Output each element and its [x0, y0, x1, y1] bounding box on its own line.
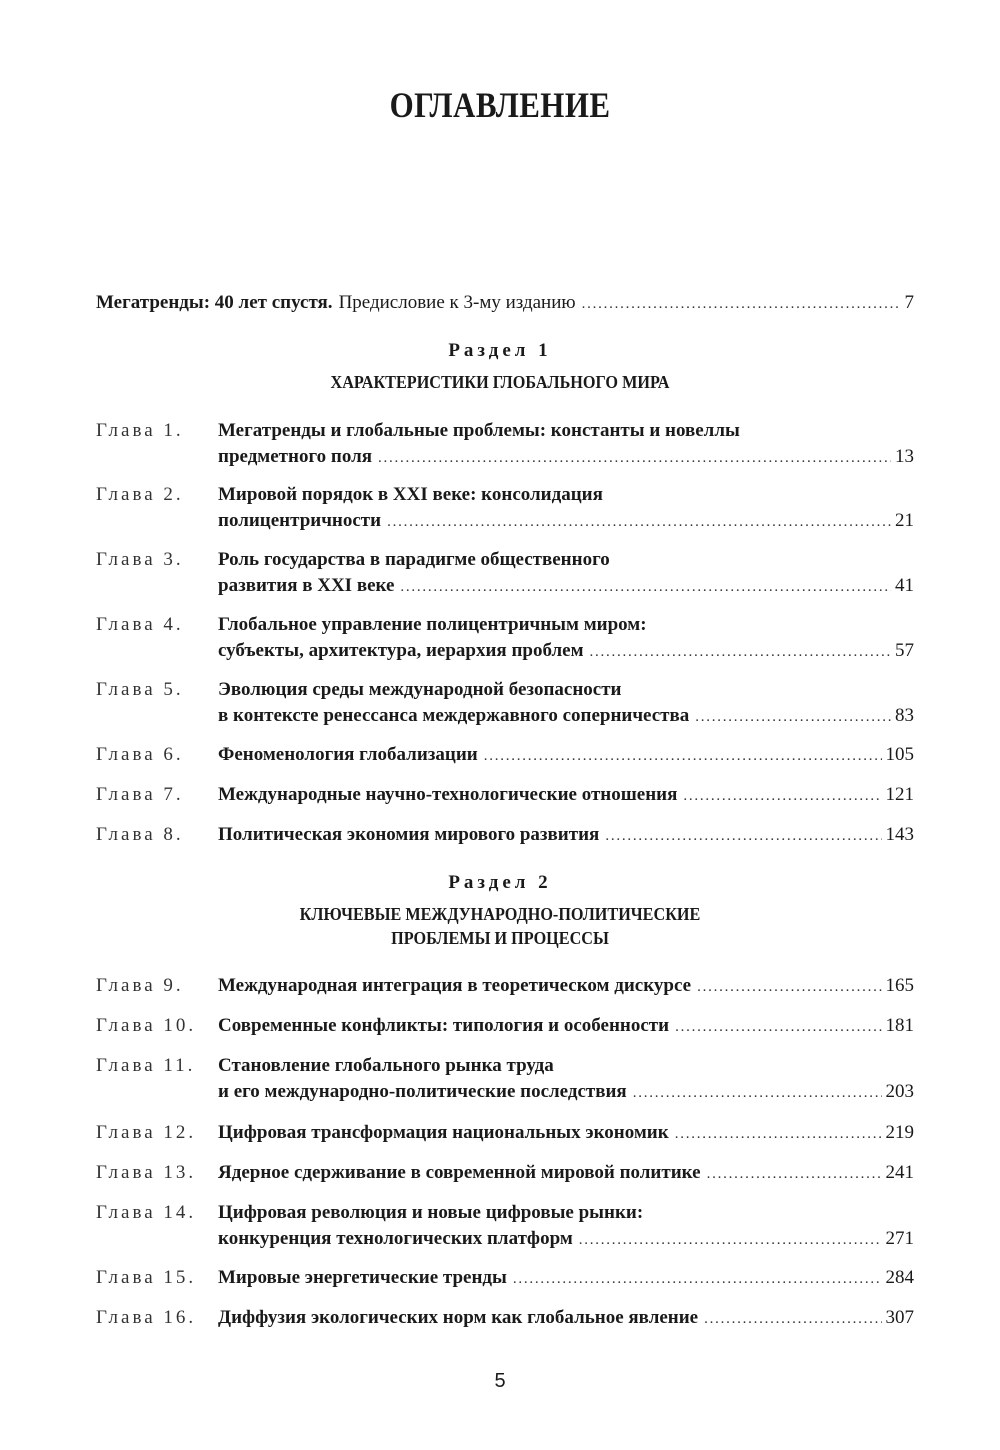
chapter-title-line: Международная интеграция в теоретическом…: [218, 973, 691, 999]
chapter-body: Политическая экономия мирового развития1…: [218, 822, 914, 849]
chapter-title-line: Мировые энергетические тренды: [218, 1265, 507, 1291]
chapter-label: Глава 2.: [96, 482, 184, 508]
leader-dots: [707, 1161, 882, 1187]
chapter-title-line: полицентричности: [218, 508, 381, 534]
leader-dots: [513, 1266, 882, 1292]
chapter-body: Мировые энергетические тренды284: [218, 1265, 914, 1292]
chapter-title-line: Глобальное управление полицентричным мир…: [218, 612, 914, 638]
chapter-title-line: Современные конфликты: типология и особе…: [218, 1013, 669, 1039]
section-2-label: Раздел 2: [0, 872, 1000, 894]
chapter-body: Международная интеграция в теоретическом…: [218, 973, 914, 1000]
chapter-page-number: 83: [895, 703, 914, 729]
chapter-title-line: Ядерное сдерживание в современной мирово…: [218, 1160, 701, 1186]
toc-chapter-entry[interactable]: Глава 13.Ядерное сдерживание в современн…: [96, 1160, 914, 1187]
chapter-title-line: Эволюция среды международной безопасност…: [218, 677, 914, 703]
chapter-last-line: и его международно-политические последст…: [218, 1079, 914, 1106]
chapter-label: Глава 15.: [96, 1265, 196, 1291]
leader-dots: [675, 1121, 882, 1147]
chapter-last-line: Современные конфликты: типология и особе…: [218, 1013, 914, 1040]
chapter-body: Ядерное сдерживание в современной мирово…: [218, 1160, 914, 1187]
chapter-page-number: 203: [886, 1079, 915, 1105]
section-1-heading: Раздел 1 ХАРАКТЕРИСТИКИ ГЛОБАЛЬНОГО МИРА: [0, 340, 1000, 394]
toc-chapter-entry[interactable]: Глава 11.Становление глобального рынка т…: [96, 1053, 914, 1106]
chapter-body: Мегатренды и глобальные проблемы: конста…: [218, 418, 914, 471]
chapter-label: Глава 1.: [96, 418, 184, 444]
chapter-page-number: 241: [886, 1160, 915, 1186]
chapter-page-number: 21: [895, 508, 914, 534]
toc-chapter-entry[interactable]: Глава 16.Диффузия экологических норм как…: [96, 1305, 914, 1332]
leader-dots: [400, 574, 891, 600]
leader-dots: [484, 743, 882, 769]
toc-chapter-entry[interactable]: Глава 15.Мировые энергетические тренды28…: [96, 1265, 914, 1292]
leader-dots: [582, 291, 900, 317]
chapter-body: Международные научно-технологические отн…: [218, 782, 914, 809]
chapter-body: Эволюция среды международной безопасност…: [218, 677, 914, 730]
chapter-title-line: развития в XXI веке: [218, 573, 394, 599]
chapter-title-line: и его международно-политические последст…: [218, 1079, 627, 1105]
chapter-label: Глава 10.: [96, 1013, 196, 1039]
chapter-label: Глава 7.: [96, 782, 184, 808]
chapter-body: Цифровая революция и новые цифровые рынк…: [218, 1200, 914, 1253]
chapter-label: Глава 9.: [96, 973, 184, 999]
section-2-title-line: ПРОБЛЕМЫ И ПРОЦЕССЫ: [50, 926, 950, 950]
leader-dots: [590, 639, 891, 665]
chapter-body: Мировой порядок в XXI веке: консолидация…: [218, 482, 914, 535]
chapter-title-line: Роль государства в парадигме общественно…: [218, 547, 914, 573]
chapter-label: Глава 6.: [96, 742, 184, 768]
toc-chapter-entry[interactable]: Глава 1.Мегатренды и глобальные проблемы…: [96, 418, 914, 471]
toc-chapter-entry[interactable]: Глава 5.Эволюция среды международной без…: [96, 677, 914, 730]
chapter-title-line: Международные научно-технологические отн…: [218, 782, 677, 808]
chapter-page-number: 41: [895, 573, 914, 599]
toc-chapter-entry[interactable]: Глава 8.Политическая экономия мирового р…: [96, 822, 914, 849]
chapter-title-line: Цифровая революция и новые цифровые рынк…: [218, 1200, 914, 1226]
chapter-last-line: в контексте ренессанса междержавного соп…: [218, 703, 914, 730]
section-2-heading: Раздел 2 КЛЮЧЕВЫЕ МЕЖДУНАРОДНО-ПОЛИТИЧЕС…: [0, 872, 1000, 950]
section-1-title: ХАРАКТЕРИСТИКИ ГЛОБАЛЬНОГО МИРА: [50, 370, 950, 394]
chapter-last-line: субъекты, архитектура, иерархия проблем5…: [218, 638, 914, 665]
chapter-body: Диффузия экологических норм как глобальн…: [218, 1305, 914, 1332]
chapter-page-number: 57: [895, 638, 914, 664]
chapter-last-line: развития в XXI веке41: [218, 573, 914, 600]
chapter-body: Роль государства в парадигме общественно…: [218, 547, 914, 600]
toc-chapter-entry[interactable]: Глава 2.Мировой порядок в XXI веке: конс…: [96, 482, 914, 535]
chapter-label: Глава 16.: [96, 1305, 196, 1331]
chapter-last-line: Международная интеграция в теоретическом…: [218, 973, 914, 1000]
chapter-page-number: 219: [886, 1120, 915, 1146]
chapter-last-line: Феноменология глобализации105: [218, 742, 914, 769]
leader-dots: [683, 783, 881, 809]
toc-chapter-entry[interactable]: Глава 4.Глобальное управление полицентри…: [96, 612, 914, 665]
chapter-page-number: 284: [886, 1265, 915, 1291]
chapter-label: Глава 5.: [96, 677, 184, 703]
toc-chapter-entry[interactable]: Глава 3.Роль государства в парадигме общ…: [96, 547, 914, 600]
toc-chapter-entry[interactable]: Глава 14.Цифровая революция и новые цифр…: [96, 1200, 914, 1253]
page-title: ОГЛАВЛЕНИЕ: [70, 84, 930, 126]
chapter-title-line: в контексте ренессанса междержавного соп…: [218, 703, 689, 729]
section-2-title: КЛЮЧЕВЫЕ МЕЖДУНАРОДНО-ПОЛИТИЧЕСКИЕ ПРОБЛ…: [50, 902, 950, 950]
chapter-title-line: Мировой порядок в XXI веке: консолидация: [218, 482, 914, 508]
toc-chapter-entry[interactable]: Глава 7.Международные научно-технологиче…: [96, 782, 914, 809]
chapter-last-line: Диффузия экологических норм как глобальн…: [218, 1305, 914, 1332]
chapter-body: Глобальное управление полицентричным мир…: [218, 612, 914, 665]
leader-dots: [605, 823, 881, 849]
preface-page-number: 7: [904, 290, 914, 316]
preface-bold-title: Мегатренды: 40 лет спустя.: [96, 290, 333, 316]
chapter-title-line: предметного поля: [218, 444, 372, 470]
chapter-page-number: 143: [886, 822, 915, 848]
leader-dots: [675, 1014, 881, 1040]
chapter-page-number: 165: [886, 973, 915, 999]
chapter-title-line: субъекты, архитектура, иерархия проблем: [218, 638, 584, 664]
toc-chapter-entry[interactable]: Глава 6.Феноменология глобализации105: [96, 742, 914, 769]
chapter-last-line: Политическая экономия мирового развития1…: [218, 822, 914, 849]
leader-dots: [697, 974, 881, 1000]
chapter-page-number: 121: [886, 782, 915, 808]
leader-dots: [378, 445, 891, 471]
chapter-label: Глава 8.: [96, 822, 184, 848]
chapter-last-line: конкуренция технологических платформ271: [218, 1226, 914, 1253]
chapter-last-line: предметного поля13: [218, 444, 914, 471]
chapter-last-line: Международные научно-технологические отн…: [218, 782, 914, 809]
page-number: 5: [0, 1370, 1000, 1393]
preface-subtitle: Предисловие к 3-му изданию: [339, 290, 576, 316]
chapter-label: Глава 12.: [96, 1120, 196, 1146]
chapter-label: Глава 11.: [96, 1053, 195, 1079]
chapter-last-line: Цифровая трансформация национальных экон…: [218, 1120, 914, 1147]
chapter-title-line: Диффузия экологических норм как глобальн…: [218, 1305, 698, 1331]
chapter-label: Глава 4.: [96, 612, 184, 638]
toc-chapter-entry[interactable]: Глава 12.Цифровая трансформация национал…: [96, 1120, 914, 1147]
chapter-title-line: Становление глобального рынка труда: [218, 1053, 914, 1079]
leader-dots: [579, 1227, 882, 1253]
chapter-title-line: Мегатренды и глобальные проблемы: конста…: [218, 418, 914, 444]
chapter-body: Цифровая трансформация национальных экон…: [218, 1120, 914, 1147]
toc-chapter-entry[interactable]: Глава 10.Современные конфликты: типологи…: [96, 1013, 914, 1040]
chapter-body: Феноменология глобализации105: [218, 742, 914, 769]
chapter-page-number: 181: [886, 1013, 915, 1039]
chapter-title-line: Феноменология глобализации: [218, 742, 478, 768]
chapter-last-line: Мировые энергетические тренды284: [218, 1265, 914, 1292]
chapter-body: Становление глобального рынка трудаи его…: [218, 1053, 914, 1106]
leader-dots: [387, 509, 891, 535]
chapter-label: Глава 14.: [96, 1200, 196, 1226]
section-1-label: Раздел 1: [0, 340, 1000, 362]
leader-dots: [633, 1080, 882, 1106]
chapter-title-line: Политическая экономия мирового развития: [218, 822, 599, 848]
toc-chapter-entry[interactable]: Глава 9.Международная интеграция в теоре…: [96, 973, 914, 1000]
chapter-last-line: полицентричности21: [218, 508, 914, 535]
chapter-label: Глава 3.: [96, 547, 184, 573]
section-1-title-line: ХАРАКТЕРИСТИКИ ГЛОБАЛЬНОГО МИРА: [50, 370, 950, 394]
chapter-label: Глава 13.: [96, 1160, 196, 1186]
leader-dots: [704, 1306, 881, 1332]
chapter-title-line: Цифровая трансформация национальных экон…: [218, 1120, 669, 1146]
section-2-title-line: КЛЮЧЕВЫЕ МЕЖДУНАРОДНО-ПОЛИТИЧЕСКИЕ: [50, 902, 950, 926]
chapter-page-number: 13: [895, 444, 914, 470]
chapter-last-line: Ядерное сдерживание в современной мирово…: [218, 1160, 914, 1187]
toc-preface-entry[interactable]: Мегатренды: 40 лет спустя. Предисловие к…: [96, 290, 914, 317]
chapter-title-line: конкуренция технологических платформ: [218, 1226, 573, 1252]
leader-dots: [695, 704, 891, 730]
chapter-page-number: 271: [886, 1226, 915, 1252]
chapter-body: Современные конфликты: типология и особе…: [218, 1013, 914, 1040]
chapter-page-number: 307: [886, 1305, 915, 1331]
chapter-page-number: 105: [886, 742, 915, 768]
